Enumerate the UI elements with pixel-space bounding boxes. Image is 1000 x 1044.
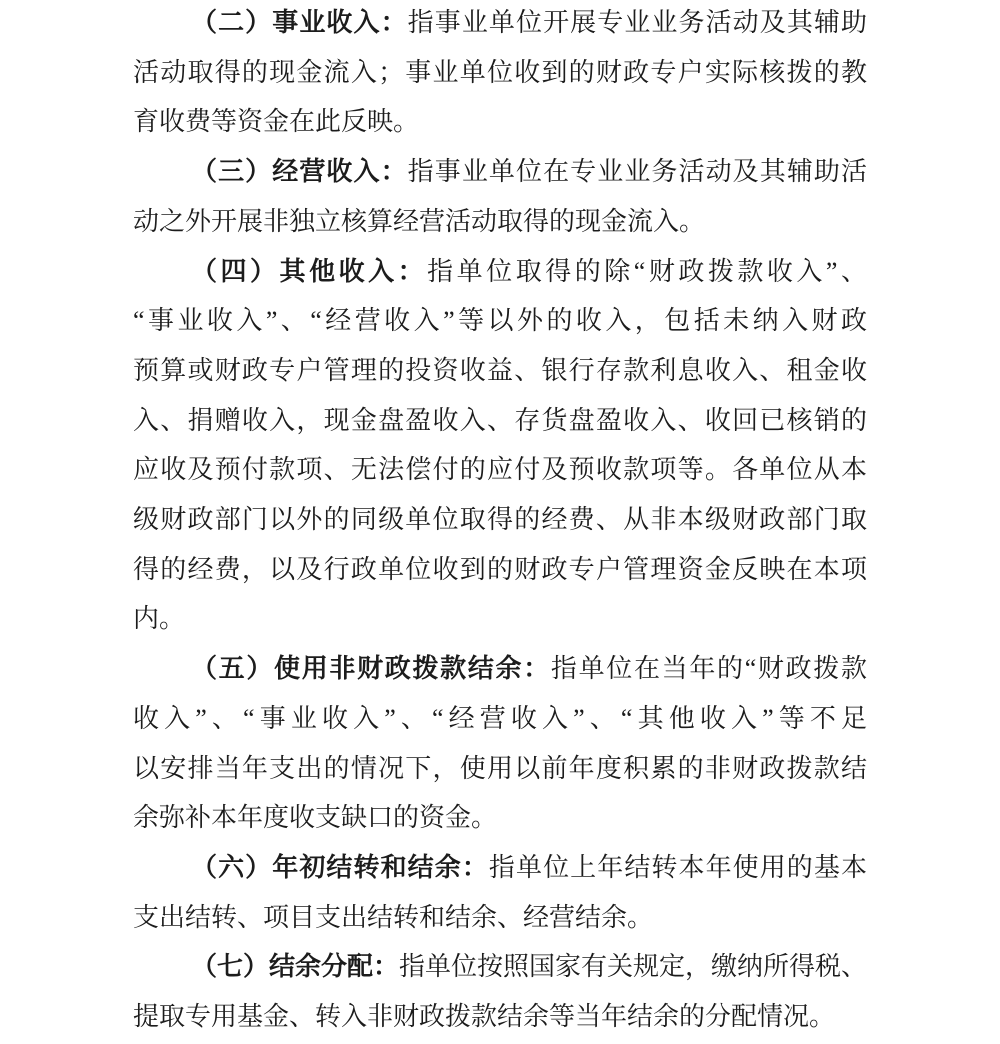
clause-label: （三）经营收入：: [191, 157, 408, 186]
document-line: 内。: [133, 594, 867, 644]
document-line: 预算或财政专户管理的投资收益、银行存款利息收入、租金收: [133, 346, 867, 396]
clause-label: （五）使用非财政拨款结余：: [191, 654, 551, 683]
clause-5-use-of-non-fiscal-surplus: （五）使用非财政拨款结余：指单位在当年的“财政拨款 收入”、“事业收入”、“经营…: [133, 644, 867, 843]
clause-text: 指单位在当年的“财政拨款: [551, 654, 867, 683]
clause-label: （六）年初结转和结余：: [191, 853, 489, 882]
clause-text: 指事业单位开展专业业务活动及其辅助: [408, 8, 867, 37]
document-line: 育收费等资金在此反映。: [133, 97, 867, 147]
clause-text: 指单位上年结转本年使用的基本: [489, 853, 867, 882]
clause-7-surplus-distribution: （七）结余分配：指单位按照国家有关规定，缴纳所得税、 提取专用基金、转入非财政拨…: [133, 942, 867, 1041]
document-line: 得的经费，以及行政单位收到的财政专户管理资金反映在本项: [133, 545, 867, 595]
clause-4-other-income: （四）其他收入：指单位取得的除“财政拨款收入”、 “事业收入”、“经营收入”等以…: [133, 247, 867, 645]
document-text-block: （二）事业收入：指事业单位开展专业业务活动及其辅助 活动取得的现金流入；事业单位…: [133, 0, 867, 1042]
document-line: （五）使用非财政拨款结余：指单位在当年的“财政拨款: [133, 644, 867, 694]
document-line: （六）年初结转和结余：指单位上年结转本年使用的基本: [133, 843, 867, 893]
clause-label: （七）结余分配：: [191, 952, 399, 981]
clause-text: 指单位按照国家有关规定，缴纳所得税、: [399, 952, 867, 981]
clause-label: （二）事业收入：: [191, 8, 408, 37]
document-line: （二）事业收入：指事业单位开展专业业务活动及其辅助: [133, 0, 867, 48]
document-page: （二）事业收入：指事业单位开展专业业务活动及其辅助 活动取得的现金流入；事业单位…: [0, 0, 1000, 1044]
document-line: 以安排当年支出的情况下，使用以前年度积累的非财政拨款结: [133, 744, 867, 794]
document-line: 活动取得的现金流入；事业单位收到的财政专户实际核拨的教: [133, 48, 867, 98]
document-line: 余弥补本年度收支缺口的资金。: [133, 793, 867, 843]
clause-3-operating-income: （三）经营收入：指事业单位在专业业务活动及其辅助活 动之外开展非独立核算经营活动…: [133, 147, 867, 246]
document-line: （三）经营收入：指事业单位在专业业务活动及其辅助活: [133, 147, 867, 197]
document-line: “事业收入”、“经营收入”等以外的收入，包括未纳入财政: [133, 296, 867, 346]
clause-label: （四）其他收入：: [191, 257, 427, 286]
document-line: 应收及预付款项、无法偿付的应付及预收款项等。各单位从本: [133, 445, 867, 495]
document-line: 入、捐赠收入，现金盘盈收入、存货盘盈收入、收回已核销的: [133, 396, 867, 446]
clause-text: 指单位取得的除“财政拨款收入”、: [427, 257, 867, 286]
document-line: （七）结余分配：指单位按照国家有关规定，缴纳所得税、: [133, 942, 867, 992]
clause-text: 指事业单位在专业业务活动及其辅助活: [408, 157, 867, 186]
document-line: 动之外开展非独立核算经营活动取得的现金流入。: [133, 197, 867, 247]
document-line: 提取专用基金、转入非财政拨款结余等当年结余的分配情况。: [133, 992, 867, 1042]
document-line: 收入”、“事业收入”、“经营收入”、“其他收入”等不足: [133, 694, 867, 744]
document-line: 支出结转、项目支出结转和结余、经营结余。: [133, 893, 867, 943]
document-line: （四）其他收入：指单位取得的除“财政拨款收入”、: [133, 247, 867, 297]
clause-6-carryover-and-surplus: （六）年初结转和结余：指单位上年结转本年使用的基本 支出结转、项目支出结转和结余…: [133, 843, 867, 942]
clause-2-business-income: （二）事业收入：指事业单位开展专业业务活动及其辅助 活动取得的现金流入；事业单位…: [133, 0, 867, 147]
document-line: 级财政部门以外的同级单位取得的经费、从非本级财政部门取: [133, 495, 867, 545]
